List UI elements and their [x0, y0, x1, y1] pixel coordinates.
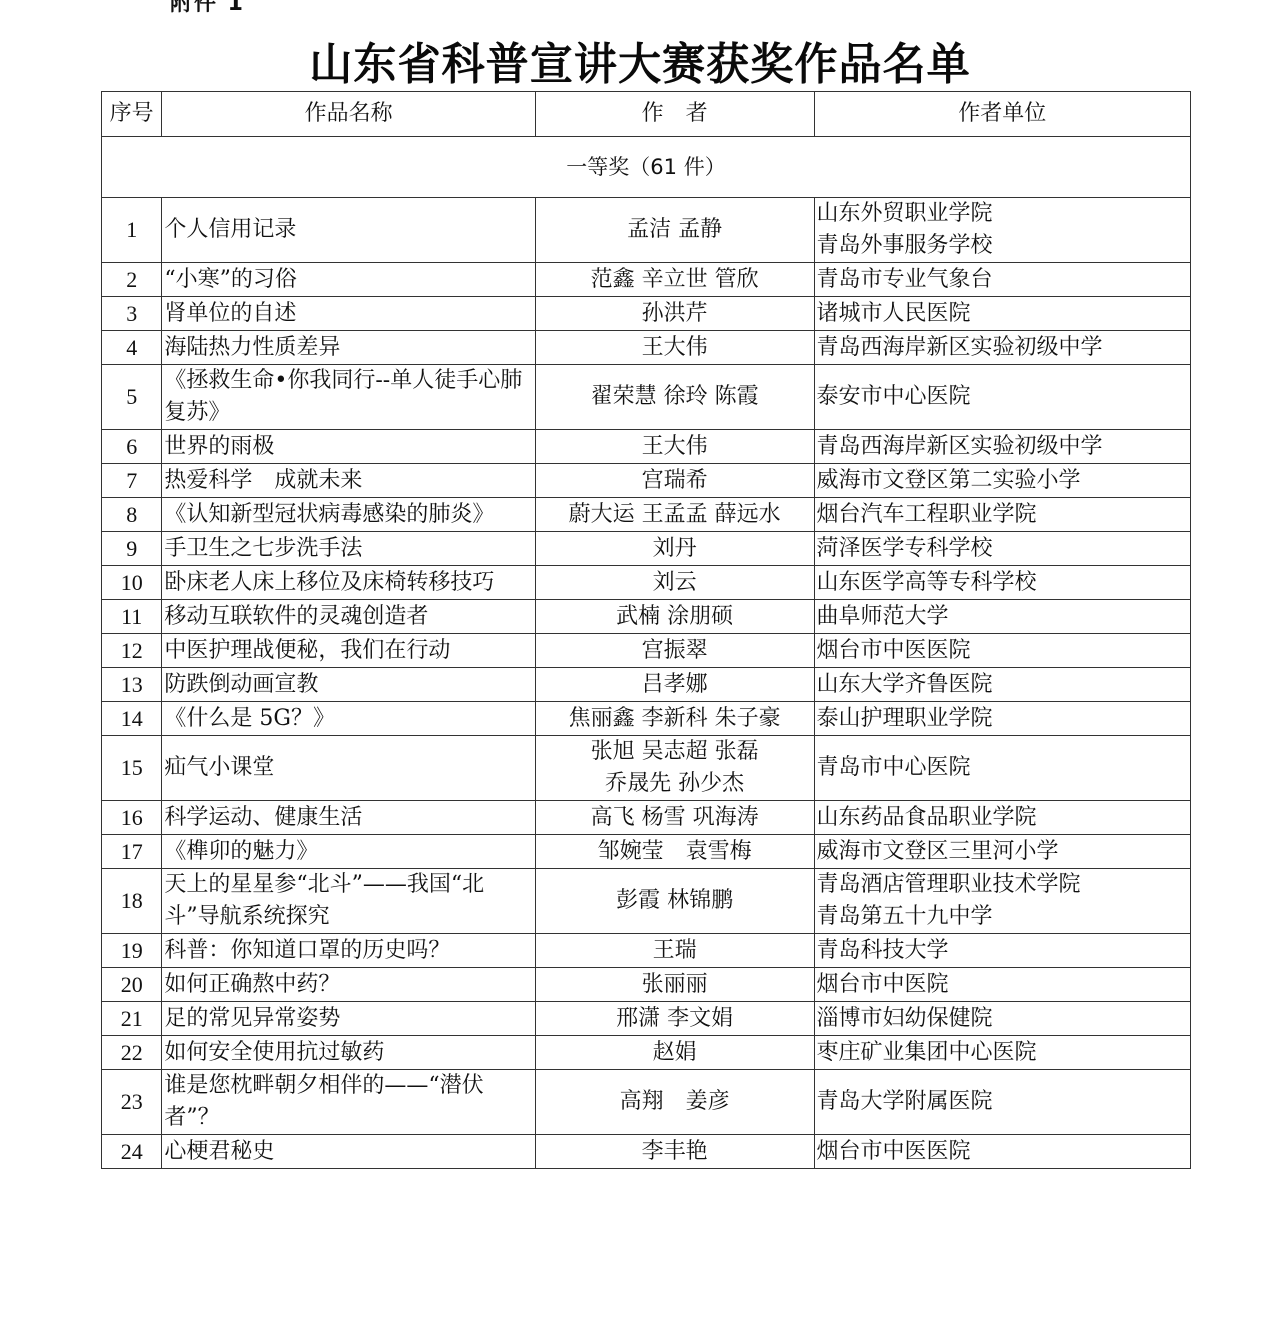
work-title: 移动互联软件的灵魂创造者: [162, 600, 535, 634]
author-names: 刘云: [535, 566, 814, 600]
table-row: 23谁是您枕畔朝夕相伴的——“潜伏者”？高翔 姜彦青岛大学附属医院: [102, 1070, 1191, 1135]
author-unit: 威海市文登区第二实验小学: [814, 464, 1190, 498]
row-number: 10: [102, 566, 162, 600]
row-number: 17: [102, 835, 162, 869]
author-names: 武楠 涂朋硕: [535, 600, 814, 634]
author-unit: 枣庄矿业集团中心医院: [814, 1036, 1190, 1070]
work-title: 世界的雨极: [162, 430, 535, 464]
table-row: 18天上的星星参“北斗”——我国“北斗”导航系统探究彭霞 林锦鹏青岛酒店管理职业…: [102, 869, 1191, 934]
work-title: 个人信用记录: [162, 198, 535, 263]
work-title: 科学运动、健康生活: [162, 801, 535, 835]
author-names: 刘丹: [535, 532, 814, 566]
author-unit: 烟台市中医医院: [814, 1135, 1190, 1169]
author-names: 王大伟: [535, 331, 814, 365]
author-unit: 诸城市人民医院: [814, 297, 1190, 331]
row-number: 3: [102, 297, 162, 331]
author-names: 蔚大运 王孟孟 薛远水: [535, 498, 814, 532]
author-names: 王大伟: [535, 430, 814, 464]
header-author: 作 者: [535, 92, 814, 137]
header-unit: 作者单位: [814, 92, 1190, 137]
author-unit: 烟台市中医医院: [814, 634, 1190, 668]
author-unit: 菏泽医学专科学校: [814, 532, 1190, 566]
author-names: 张丽丽: [535, 968, 814, 1002]
work-title: 天上的星星参“北斗”——我国“北斗”导航系统探究: [162, 869, 535, 934]
table-row: 14《什么是 5G？》焦丽鑫 李新科 朱子豪泰山护理职业学院: [102, 702, 1191, 736]
author-names: 李丰艳: [535, 1135, 814, 1169]
header-no: 序号: [102, 92, 162, 137]
author-names: 高翔 姜彦: [535, 1070, 814, 1135]
work-title: 热爱科学 成就未来: [162, 464, 535, 498]
author-unit: 青岛西海岸新区实验初级中学: [814, 331, 1190, 365]
row-number: 4: [102, 331, 162, 365]
table-row: 5《拯救生命•你我同行--单人徒手心肺复苏》翟荣慧 徐玲 陈霞泰安市中心医院: [102, 365, 1191, 430]
row-number: 13: [102, 668, 162, 702]
row-number: 19: [102, 934, 162, 968]
author-unit: 青岛科技大学: [814, 934, 1190, 968]
table-row: 8《认知新型冠状病毒感染的肺炎》蔚大运 王孟孟 薛远水烟台汽车工程职业学院: [102, 498, 1191, 532]
table-row: 13防跌倒动画宣教吕孝娜山东大学齐鲁医院: [102, 668, 1191, 702]
author-unit: 泰安市中心医院: [814, 365, 1190, 430]
table-row: 19科普：你知道口罩的历史吗？王瑞青岛科技大学: [102, 934, 1191, 968]
row-number: 21: [102, 1002, 162, 1036]
author-unit: 淄博市妇幼保健院: [814, 1002, 1190, 1036]
row-number: 9: [102, 532, 162, 566]
author-unit: 山东药品食品职业学院: [814, 801, 1190, 835]
attachment-label: 附件 1: [170, 0, 245, 17]
author-names: 吕孝娜: [535, 668, 814, 702]
table-row: 11移动互联软件的灵魂创造者武楠 涂朋硕曲阜师范大学: [102, 600, 1191, 634]
author-unit: 烟台汽车工程职业学院: [814, 498, 1190, 532]
row-number: 1: [102, 198, 162, 263]
author-unit: 山东外贸职业学院 青岛外事服务学校: [814, 198, 1190, 263]
table-row: 16科学运动、健康生活高飞 杨雪 巩海涛山东药品食品职业学院: [102, 801, 1191, 835]
author-unit: 青岛西海岸新区实验初级中学: [814, 430, 1190, 464]
table-row: 10卧床老人床上移位及床椅转移技巧刘云山东医学高等专科学校: [102, 566, 1191, 600]
author-names: 邢潇 李文娟: [535, 1002, 814, 1036]
author-names: 翟荣慧 徐玲 陈霞: [535, 365, 814, 430]
row-number: 6: [102, 430, 162, 464]
work-title: 谁是您枕畔朝夕相伴的——“潜伏者”？: [162, 1070, 535, 1135]
author-names: 孟洁 孟静: [535, 198, 814, 263]
table-row: 4海陆热力性质差异王大伟青岛西海岸新区实验初级中学: [102, 331, 1191, 365]
work-title: 科普：你知道口罩的历史吗？: [162, 934, 535, 968]
author-unit: 山东大学齐鲁医院: [814, 668, 1190, 702]
author-unit: 山东医学高等专科学校: [814, 566, 1190, 600]
author-names: 赵娟: [535, 1036, 814, 1070]
header-title: 作品名称: [162, 92, 535, 137]
award-list-table: 序号 作品名称 作 者 作者单位 一等奖（61 件） 1个人信用记录孟洁 孟静山…: [101, 91, 1191, 1169]
table-row: 9手卫生之七步洗手法刘丹菏泽医学专科学校: [102, 532, 1191, 566]
row-number: 22: [102, 1036, 162, 1070]
work-title: 足的常见异常姿势: [162, 1002, 535, 1036]
author-unit: 青岛市中心医院: [814, 736, 1190, 801]
author-unit: 烟台市中医院: [814, 968, 1190, 1002]
row-number: 24: [102, 1135, 162, 1169]
row-number: 20: [102, 968, 162, 1002]
table-row: 7热爱科学 成就未来宫瑞希威海市文登区第二实验小学: [102, 464, 1191, 498]
author-names: 张旭 吴志超 张磊 乔晟先 孙少杰: [535, 736, 814, 801]
table-row: 3肾单位的自述孙洪芹诸城市人民医院: [102, 297, 1191, 331]
author-names: 范鑫 辛立世 管欣: [535, 263, 814, 297]
row-number: 2: [102, 263, 162, 297]
work-title: 中医护理战便秘，我们在行动: [162, 634, 535, 668]
author-names: 彭霞 林锦鹏: [535, 869, 814, 934]
author-names: 高飞 杨雪 巩海涛: [535, 801, 814, 835]
work-title: 心梗君秘史: [162, 1135, 535, 1169]
row-number: 18: [102, 869, 162, 934]
table-row: 17《榫卯的魅力》邹婉莹 袁雪梅威海市文登区三里河小学: [102, 835, 1191, 869]
work-title: 《什么是 5G？》: [162, 702, 535, 736]
author-unit: 曲阜师范大学: [814, 600, 1190, 634]
author-names: 王瑞: [535, 934, 814, 968]
table-row: 20如何正确熬中药？张丽丽烟台市中医院: [102, 968, 1191, 1002]
row-number: 14: [102, 702, 162, 736]
row-number: 7: [102, 464, 162, 498]
page-title: 山东省科普宣讲大赛获奖作品名单: [13, 28, 1267, 92]
table-row: 21足的常见异常姿势邢潇 李文娟淄博市妇幼保健院: [102, 1002, 1191, 1036]
row-number: 15: [102, 736, 162, 801]
author-unit: 威海市文登区三里河小学: [814, 835, 1190, 869]
section-row-first-prize: 一等奖（61 件）: [102, 137, 1191, 198]
table-header-row: 序号 作品名称 作 者 作者单位: [102, 92, 1191, 137]
table-row: 2“小寒”的习俗范鑫 辛立世 管欣青岛市专业气象台: [102, 263, 1191, 297]
table-row: 22如何安全使用抗过敏药赵娟枣庄矿业集团中心医院: [102, 1036, 1191, 1070]
row-number: 23: [102, 1070, 162, 1135]
work-title: 如何安全使用抗过敏药: [162, 1036, 535, 1070]
row-number: 8: [102, 498, 162, 532]
section-label: 一等奖（61 件）: [102, 137, 1191, 198]
work-title: 手卫生之七步洗手法: [162, 532, 535, 566]
work-title: 防跌倒动画宣教: [162, 668, 535, 702]
table-row: 15疝气小课堂张旭 吴志超 张磊 乔晟先 孙少杰青岛市中心医院: [102, 736, 1191, 801]
author-names: 宫瑞希: [535, 464, 814, 498]
work-title: 卧床老人床上移位及床椅转移技巧: [162, 566, 535, 600]
work-title: 《认知新型冠状病毒感染的肺炎》: [162, 498, 535, 532]
table-row: 6世界的雨极王大伟青岛西海岸新区实验初级中学: [102, 430, 1191, 464]
work-title: 肾单位的自述: [162, 297, 535, 331]
row-number: 12: [102, 634, 162, 668]
work-title: 《榫卯的魅力》: [162, 835, 535, 869]
author-unit: 青岛酒店管理职业技术学院 青岛第五十九中学: [814, 869, 1190, 934]
table-row: 1个人信用记录孟洁 孟静山东外贸职业学院 青岛外事服务学校: [102, 198, 1191, 263]
author-unit: 青岛市专业气象台: [814, 263, 1190, 297]
author-names: 宫振翠: [535, 634, 814, 668]
work-title: 《拯救生命•你我同行--单人徒手心肺复苏》: [162, 365, 535, 430]
author-unit: 青岛大学附属医院: [814, 1070, 1190, 1135]
author-unit: 泰山护理职业学院: [814, 702, 1190, 736]
row-number: 16: [102, 801, 162, 835]
work-title: 如何正确熬中药？: [162, 968, 535, 1002]
author-names: 焦丽鑫 李新科 朱子豪: [535, 702, 814, 736]
work-title: 海陆热力性质差异: [162, 331, 535, 365]
row-number: 11: [102, 600, 162, 634]
author-names: 邹婉莹 袁雪梅: [535, 835, 814, 869]
author-names: 孙洪芹: [535, 297, 814, 331]
table-row: 12中医护理战便秘，我们在行动宫振翠烟台市中医医院: [102, 634, 1191, 668]
row-number: 5: [102, 365, 162, 430]
work-title: “小寒”的习俗: [162, 263, 535, 297]
table-row: 24心梗君秘史李丰艳烟台市中医医院: [102, 1135, 1191, 1169]
table-body: 一等奖（61 件） 1个人信用记录孟洁 孟静山东外贸职业学院 青岛外事服务学校2…: [102, 137, 1191, 1169]
work-title: 疝气小课堂: [162, 736, 535, 801]
